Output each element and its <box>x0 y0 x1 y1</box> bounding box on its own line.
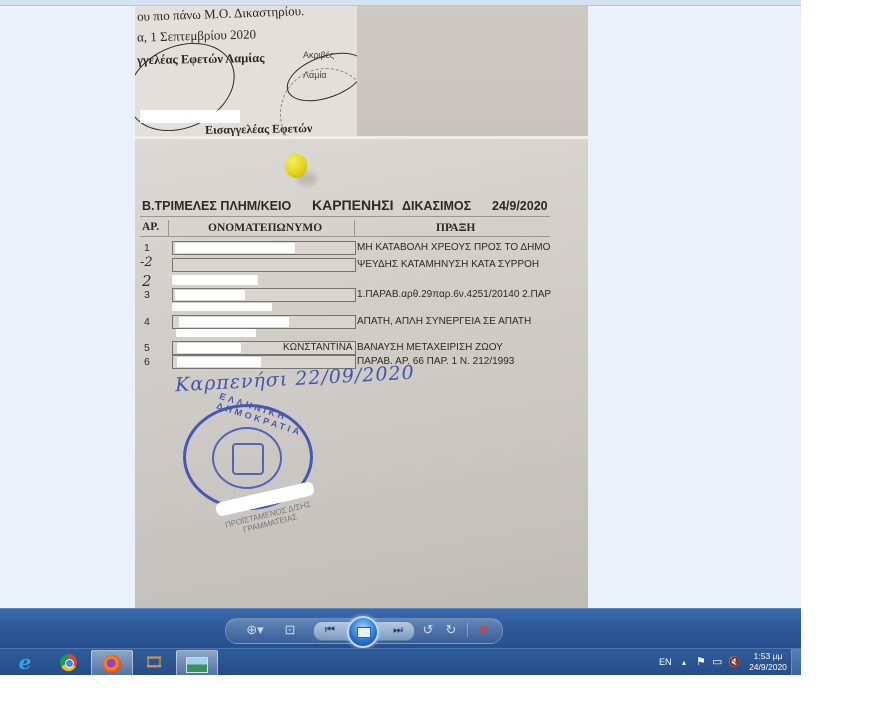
windows-taskbar: e 🎞 EN ▴ ⚑ ▭ 🔇 1:53 μμ 24/9/2020 <box>0 648 801 675</box>
clock-time: 1:53 μμ <box>746 651 790 662</box>
zoom-button[interactable]: ⊕▾ <box>242 621 268 639</box>
photo-viewer-icon <box>186 657 208 673</box>
taskbar-internet-explorer[interactable]: e <box>5 650 45 675</box>
row-number: 3 <box>144 289 150 301</box>
internet-explorer-icon: e <box>19 650 32 674</box>
name-cell <box>172 315 356 329</box>
chrome-icon <box>60 654 77 671</box>
volume-muted-icon[interactable]: 🔇 <box>728 649 740 675</box>
previous-button[interactable]: ⏮ <box>318 622 342 638</box>
system-clock[interactable]: 1:53 μμ 24/9/2020 <box>746 651 790 673</box>
row-offense: 1.ΠΑΡΑΒ.αρθ.29παρ.6ν.4251/20140 2.ΠΑΡ <box>357 289 551 300</box>
paper-fold-edge <box>135 136 588 139</box>
name-cell <box>172 241 356 255</box>
photo-viewer-window: ου πιο πάνω Μ.Ο. Δικαστηρίου. α, 1 Σεπτε… <box>0 0 801 675</box>
row-number: 5 <box>144 342 150 354</box>
push-pin <box>283 152 309 182</box>
next-icon: ⏭ <box>393 624 403 636</box>
fit-window-icon: ⊡ <box>285 622 296 637</box>
document-photo: ου πιο πάνω Μ.Ο. Δικαστηρίου. α, 1 Σεπτε… <box>135 6 588 608</box>
row-offense: ΨΕΥΔΗΣ ΚΑΤΑΜΗΝΥΣΗ ΚΑΤΑ ΣΥΡΡΟΗ <box>357 259 539 270</box>
delete-button[interactable]: ✕ <box>474 621 492 639</box>
movie-maker-icon: 🎞 <box>144 654 163 671</box>
header-offense: ΠΡΑΞΗ <box>436 222 475 234</box>
language-indicator[interactable]: EN <box>659 649 672 675</box>
table-row: 1 ΜΗ ΚΑΤΑΒΟΛΗ ΧΡΕΟΥΣ ΠΡΟΣ ΤΟ ΔΗΜΟ <box>140 240 550 256</box>
header-number: ΑΡ. <box>142 221 159 233</box>
court-title: Β.ΤΡΙΜΕΛΕΣ ΠΛΗΜ/ΚΕΙΟ <box>142 199 291 213</box>
taskbar-chrome[interactable] <box>48 650 88 675</box>
rotate-clockwise-button[interactable]: ↻ <box>442 621 460 639</box>
column-divider <box>354 220 355 236</box>
redaction <box>140 110 240 123</box>
slideshow-button[interactable] <box>347 616 379 648</box>
show-desktop-button[interactable] <box>791 649 801 675</box>
row-number: 4 <box>144 316 150 328</box>
magnifier-plus-icon: ⊕▾ <box>246 622 263 637</box>
previous-icon: ⏮ <box>325 624 335 636</box>
next-button[interactable]: ⏭ <box>386 622 410 638</box>
header-name: ΟΝΟΜΑΤΕΠΩΝΥΜΟ <box>208 222 322 234</box>
table-row: -2 ΨΕΥΔΗΣ ΚΑΤΑΜΗΝΥΣΗ ΚΑΤΑ ΣΥΡΡΟΗ <box>140 257 550 273</box>
show-hidden-icons[interactable]: ▴ <box>682 649 686 675</box>
top-paper: ου πιο πάνω Μ.Ο. Δικαστηρίου. α, 1 Σεπτε… <box>135 6 357 140</box>
row-number: 6 <box>144 356 150 368</box>
row-offense: ΑΠΑΤΗ, ΑΠΛΗ ΣΥΝΕΡΓΕΙΑ ΣΕ ΑΠΑΤΗ <box>357 316 531 327</box>
name-cell <box>172 288 356 302</box>
taskbar-movie-maker[interactable]: 🎞 <box>134 650 174 675</box>
clock-date: 24/9/2020 <box>746 662 790 673</box>
name-cell <box>172 258 356 272</box>
row-name: ΚΩΝΣΤΑΝΤΙΝΑ <box>283 342 353 353</box>
slideshow-icon <box>357 627 371 638</box>
table-header: ΑΡ. ΟΝΟΜΑΤΕΠΩΝΥΜΟ ΠΡΑΞΗ <box>140 220 550 237</box>
row-offense: ΒΑΝΑΥΣΗ ΜΕΤΑΧΕΙΡΙΣΗ ΖΩΟΥ <box>357 342 503 353</box>
session-label: ΔΙΚΑΣΙΜΟΣ <box>402 199 471 213</box>
table-row: 3 1.ΠΑΡΑΒ.αρθ.29παρ.6ν.4251/20140 2.ΠΑΡ <box>140 287 550 303</box>
rotate-counterclockwise-icon: ↺ <box>423 622 434 637</box>
rotate-counterclockwise-button[interactable]: ↺ <box>419 621 437 639</box>
viewer-toolbar: ⊕▾ ⊡ ⏮ ⏭ ↺ ↻ ✕ <box>0 608 801 649</box>
delete-icon: ✕ <box>478 622 489 637</box>
network-icon[interactable]: ▭ <box>712 649 722 675</box>
table-title-row: Β.ΤΡΙΜΕΛΕΣ ΠΛΗΜ/ΚΕΙΟ ΚΑΡΠΕΝΗΣΙ ΔΙΚΑΣΙΜΟΣ… <box>140 196 550 217</box>
taskbar-photo-viewer[interactable] <box>176 650 218 675</box>
name-cell: ΚΩΝΣΤΑΝΤΙΝΑ <box>172 341 356 355</box>
column-divider <box>168 220 169 236</box>
row-offense: ΜΗ ΚΑΤΑΒΟΛΗ ΧΡΕΟΥΣ ΠΡΟΣ ΤΟ ΔΗΜΟ <box>357 242 550 253</box>
table-row-handwriting: 2 <box>140 272 550 288</box>
rotate-clockwise-icon: ↻ <box>446 622 457 637</box>
actual-size-button[interactable]: ⊡ <box>281 621 299 639</box>
table-row: 4 ΑΠΑΤΗ, ΑΠΛΗ ΣΥΝΕΡΓΕΙΑ ΣΕ ΑΠΑΤΗ <box>140 314 550 330</box>
firefox-icon <box>103 655 121 673</box>
court-city: ΚΑΡΠΕΝΗΣΙ <box>312 197 394 213</box>
toolbar-separator <box>467 623 468 637</box>
background-paper <box>357 6 588 140</box>
handwritten-mark: -2 <box>140 255 153 270</box>
top-paper-line: ου πιο πάνω Μ.Ο. Δικαστηρίου. <box>137 6 305 25</box>
session-date: 24/9/2020 <box>492 199 548 213</box>
row-number: 1 <box>144 242 150 254</box>
action-center-flag-icon[interactable]: ⚑ <box>696 649 706 675</box>
taskbar-firefox[interactable] <box>91 650 133 675</box>
